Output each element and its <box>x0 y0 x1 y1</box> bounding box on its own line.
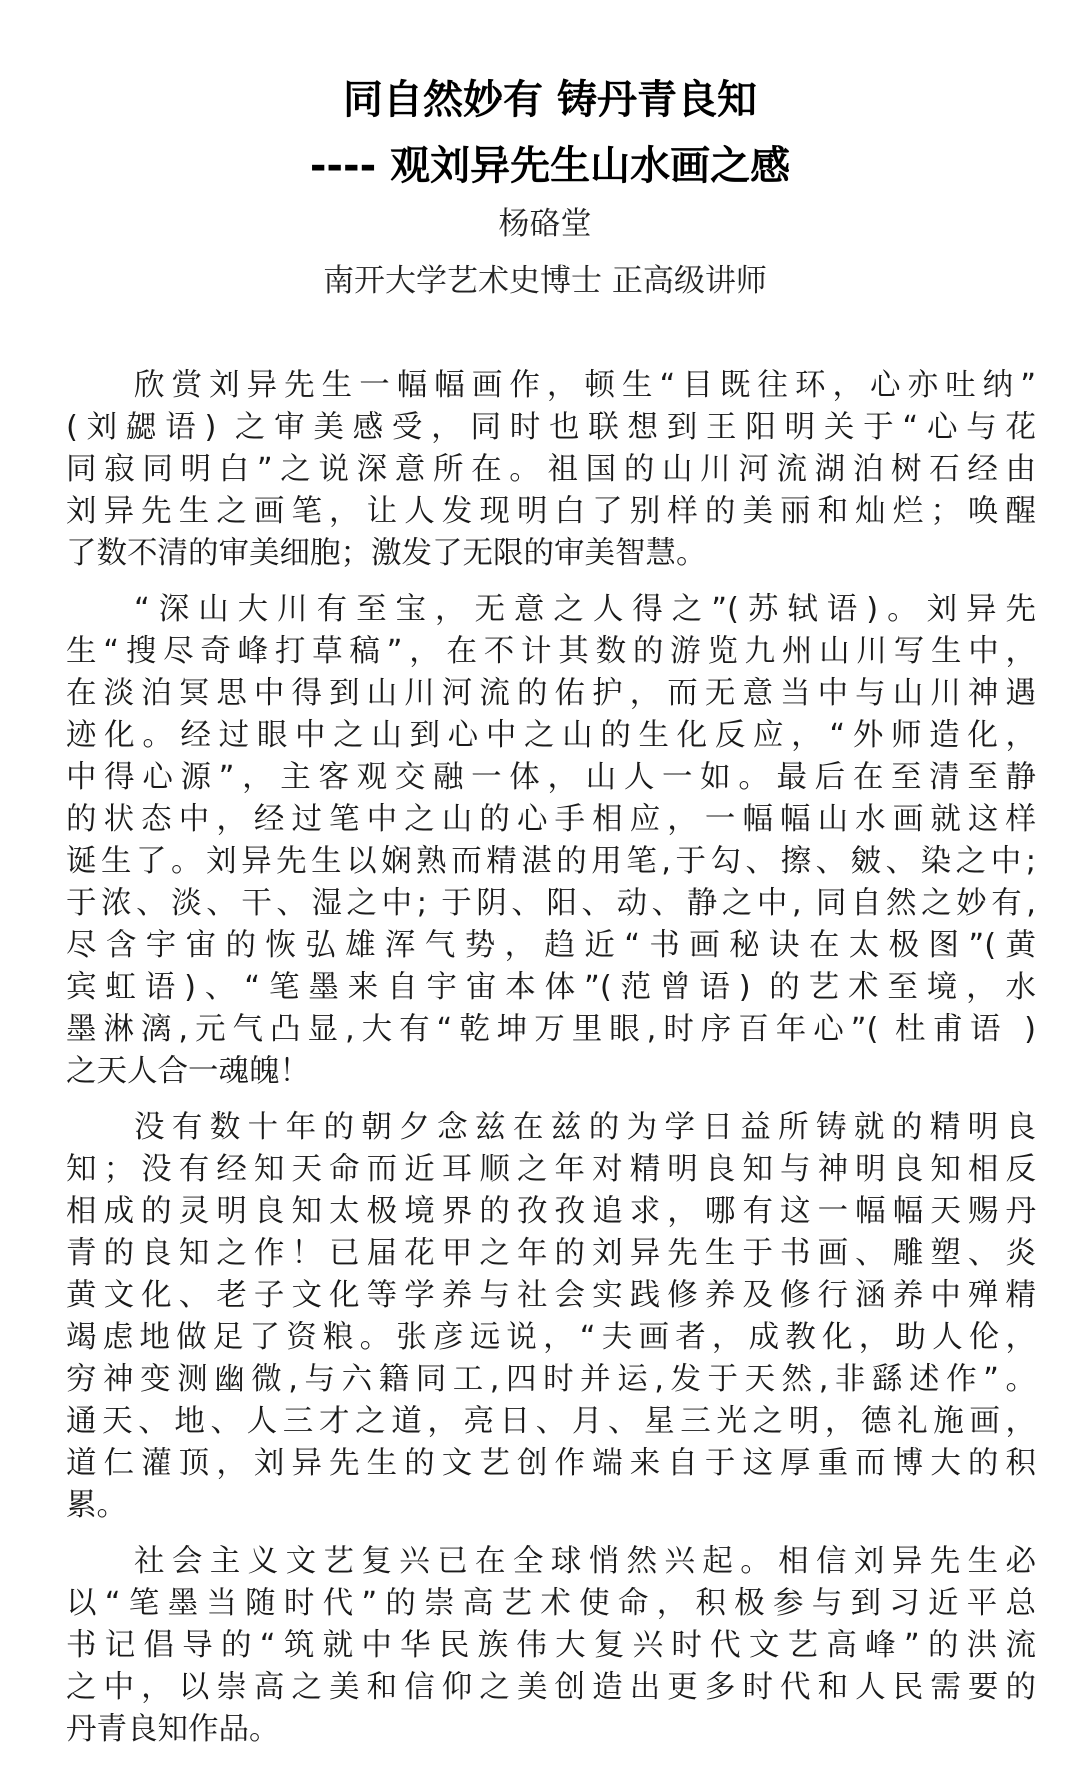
paragraph-3: 没有数十年的朝夕念兹在兹的为学日益所铸就的精明良 知；没有经知天命而近耳顺之年对… <box>66 1107 1036 1527</box>
text-line: 生“搜尽奇峰打草稿”，在不计其数的游览九州山川写生中， <box>66 631 1036 673</box>
text-line: 通天、地、人三才之道，亮日、月、星三光之明，德礼施画， <box>66 1401 1036 1443</box>
text-line: 穷神变测幽微,与六籍同工,四时并运,发于天然,非繇述作”。 <box>66 1359 1036 1401</box>
text-line: 相成的灵明良知太极境界的孜孜追求，哪有这一幅幅天赐丹 <box>66 1191 1036 1233</box>
text-line: 之中，以崇高之美和信仰之美创造出更多时代和人民需要的 <box>66 1667 1036 1709</box>
paragraph-4: 社会主义文艺复兴已在全球悄然兴起。相信刘异先生必 以“笔墨当随时代”的崇高艺术使… <box>66 1541 1036 1751</box>
text-line: (刘勰语) 之审美感受，同时也联想到王阳明关于“心与花 <box>66 407 1036 449</box>
article-title: 同自然妙有 铸丹青良知 <box>10 75 1080 125</box>
text-line: 中得心源”，主客观交融一体，山人一如。最后在至清至静 <box>66 757 1036 799</box>
paragraph-spacer <box>66 575 1036 589</box>
text-line: 书记倡导的“筑就中华民族伟大复兴时代文艺高峰”的洪流 <box>66 1625 1036 1667</box>
text-line: 迹化。经过眼中之山到心中之山的生化反应，“外师造化， <box>66 715 1036 757</box>
text-line: 青的良知之作！已届花甲之年的刘异先生于书画、雕塑、炎 <box>66 1233 1036 1275</box>
text-line: 宾虹语)、“笔墨来自宇宙本体”(范曾语) 的艺术至境，水 <box>66 967 1036 1009</box>
text-line: 社会主义文艺复兴已在全球悄然兴起。相信刘异先生必 <box>66 1541 1036 1583</box>
text-line: 欣赏刘异先生一幅幅画作，顿生“目既往环，心亦吐纳” <box>66 365 1036 407</box>
text-line: 累。 <box>66 1485 1036 1527</box>
article-body: 欣赏刘异先生一幅幅画作，顿生“目既往环，心亦吐纳” (刘勰语) 之审美感受，同时… <box>66 365 1036 1751</box>
text-line: 诞生了。刘异先生以娴熟而精湛的用笔,于勾、擦、皴、染之中; <box>66 841 1036 883</box>
paragraph-1: 欣赏刘异先生一幅幅画作，顿生“目既往环，心亦吐纳” (刘勰语) 之审美感受，同时… <box>66 365 1036 575</box>
text-line: 于浓、淡、干、湿之中; 于阴、阳、动、静之中, 同自然之妙有, <box>66 883 1036 925</box>
text-line: 了数不清的审美细胞；激发了无限的审美智慧。 <box>66 533 1036 575</box>
text-line: 同寂同明白”之说深意所在。祖国的山川河流湖泊树石经由 <box>66 449 1036 491</box>
text-line: “深山大川有至宝，无意之人得之”(苏轼语)。刘异先 <box>66 589 1036 631</box>
author-name: 杨硌堂 <box>0 204 1080 244</box>
paragraph-spacer <box>66 1093 1036 1107</box>
text-line: 之天人合一魂魄！ <box>66 1051 1036 1093</box>
paragraph-2: “深山大川有至宝，无意之人得之”(苏轼语)。刘异先 生“搜尽奇峰打草稿”，在不计… <box>66 589 1036 1093</box>
text-line: 的状态中，经过笔中之山的心手相应，一幅幅山水画就这样 <box>66 799 1036 841</box>
author-affiliation: 南开大学艺术史博士 正高级讲师 <box>0 261 1080 301</box>
text-line: 丹青良知作品。 <box>66 1709 1036 1751</box>
text-line: 竭虑地做足了资粮。张彦远说，“夫画者，成教化，助人伦， <box>66 1317 1036 1359</box>
text-line: 黄文化、老子文化等学养与社会实践修养及修行涵养中殚精 <box>66 1275 1036 1317</box>
text-line: 知；没有经知天命而近耳顺之年对精明良知与神明良知相反 <box>66 1149 1036 1191</box>
text-line: 道仁灌顶，刘异先生的文艺创作端来自于这厚重而博大的积 <box>66 1443 1036 1485</box>
paragraph-spacer <box>66 1527 1036 1541</box>
article-subtitle: ---- 观刘异先生山水画之感 <box>10 141 1080 191</box>
text-line: 尽含宇宙的恢弘雄浑气势，趋近“书画秘诀在太极图”(黄 <box>66 925 1036 967</box>
text-line: 刘异先生之画笔，让人发现明白了别样的美丽和灿烂；唤醒 <box>66 491 1036 533</box>
text-line: 在淡泊冥思中得到山川河流的佑护，而无意当中与山川神遇 <box>66 673 1036 715</box>
text-line: 墨淋漓,元气凸显,大有“乾坤万里眼,时序百年心”( 杜甫语 ) <box>66 1009 1036 1051</box>
text-line: 以“笔墨当随时代”的崇高艺术使命，积极参与到习近平总 <box>66 1583 1036 1625</box>
text-line: 没有数十年的朝夕念兹在兹的为学日益所铸就的精明良 <box>66 1107 1036 1149</box>
